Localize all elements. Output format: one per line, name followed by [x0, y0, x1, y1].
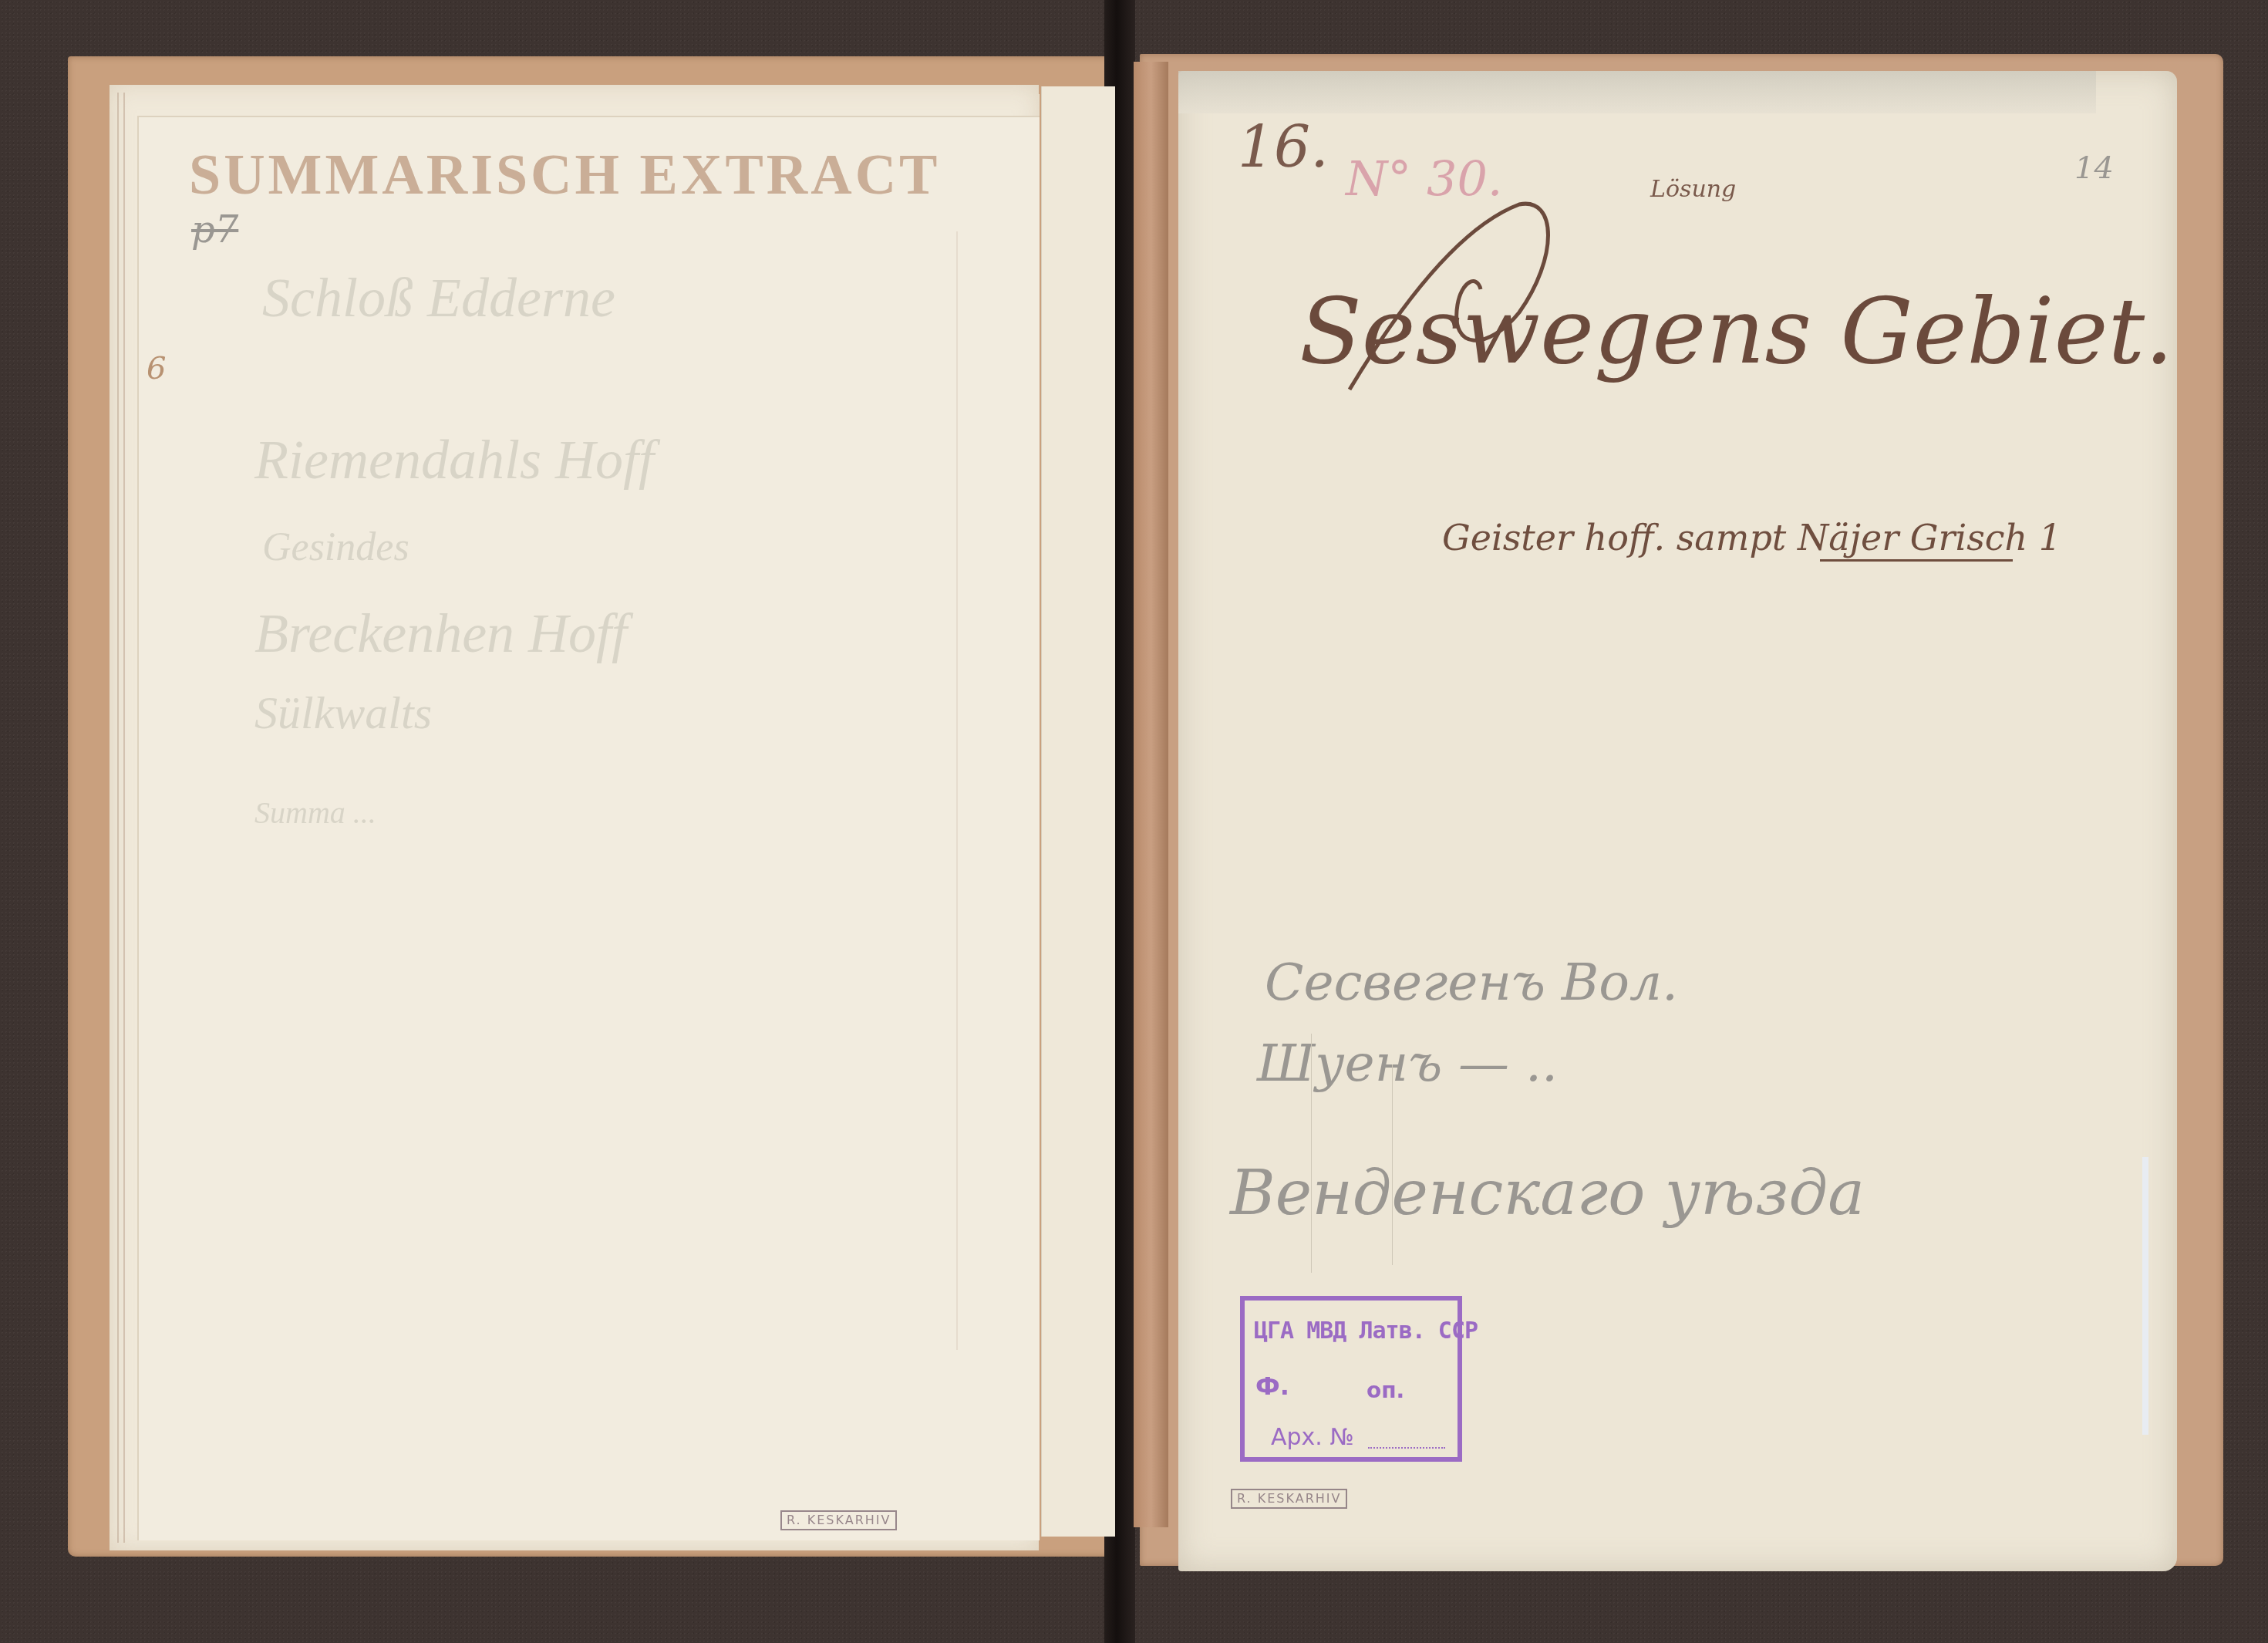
- column-rule: [956, 231, 958, 1350]
- right-page-edge-strip: [2142, 1157, 2148, 1435]
- bleed-line: Summa ...: [254, 795, 376, 831]
- bleed-line: Sülkwalts: [254, 687, 432, 740]
- pencil-note: Шуенъ — ..: [1257, 1034, 1558, 1093]
- spine-strip: [1134, 62, 1168, 1527]
- right-page-worn-top-edge: [1178, 71, 2096, 113]
- left-archive-stamp: R. KESKARHIV: [780, 1510, 897, 1530]
- stamp-fond-label: Ф.: [1255, 1371, 1289, 1401]
- left-folio-mark: p7: [191, 208, 238, 251]
- document-subtitle: Geister hoff. sampt Näjer Grisch 1: [1442, 517, 2061, 558]
- left-underlying-sheet: [1041, 86, 1115, 1537]
- left-margin-number: 6: [147, 351, 166, 386]
- margin-rule: [117, 93, 119, 1543]
- document-title: Seswegens Gebiet.: [1299, 278, 2174, 384]
- bleed-line: Gesindes: [262, 525, 409, 570]
- stamp-opis-label: оп.: [1367, 1378, 1404, 1403]
- right-archive-stamp: R. KESKARHIV: [1231, 1489, 1347, 1509]
- pencil-note: Венденскаго уѣзда: [1230, 1157, 1865, 1229]
- bleed-line: Breckenhen Hoff: [254, 602, 627, 666]
- bleed-line: Schloß Edderne: [262, 266, 615, 330]
- margin-rule: [123, 93, 125, 1543]
- stamp-number-blank: [1368, 1447, 1445, 1449]
- folio-number: 14: [2074, 150, 2114, 186]
- strikethrough-line: [1820, 559, 2013, 562]
- page-number: 16.: [1238, 114, 1329, 180]
- top-annotation: Lösung: [1650, 176, 1736, 203]
- left-page-heading: SUMMARISCH EXTRACT: [189, 143, 940, 208]
- archive-stamp: ЦГА МВД Латв. ССР Ф. оп. Арх. №: [1240, 1296, 1462, 1462]
- bleed-line: Riemendahls Hoff: [254, 428, 654, 492]
- stamp-archive-number-label: Арх. №: [1271, 1424, 1354, 1451]
- stamp-archive-name: ЦГА МВД Латв. ССР: [1254, 1317, 1478, 1344]
- pencil-note: Сесвегенъ Вол.: [1265, 953, 1678, 1012]
- pencil-guide-line: [1392, 1064, 1393, 1265]
- pencil-guide-line: [1311, 1034, 1312, 1273]
